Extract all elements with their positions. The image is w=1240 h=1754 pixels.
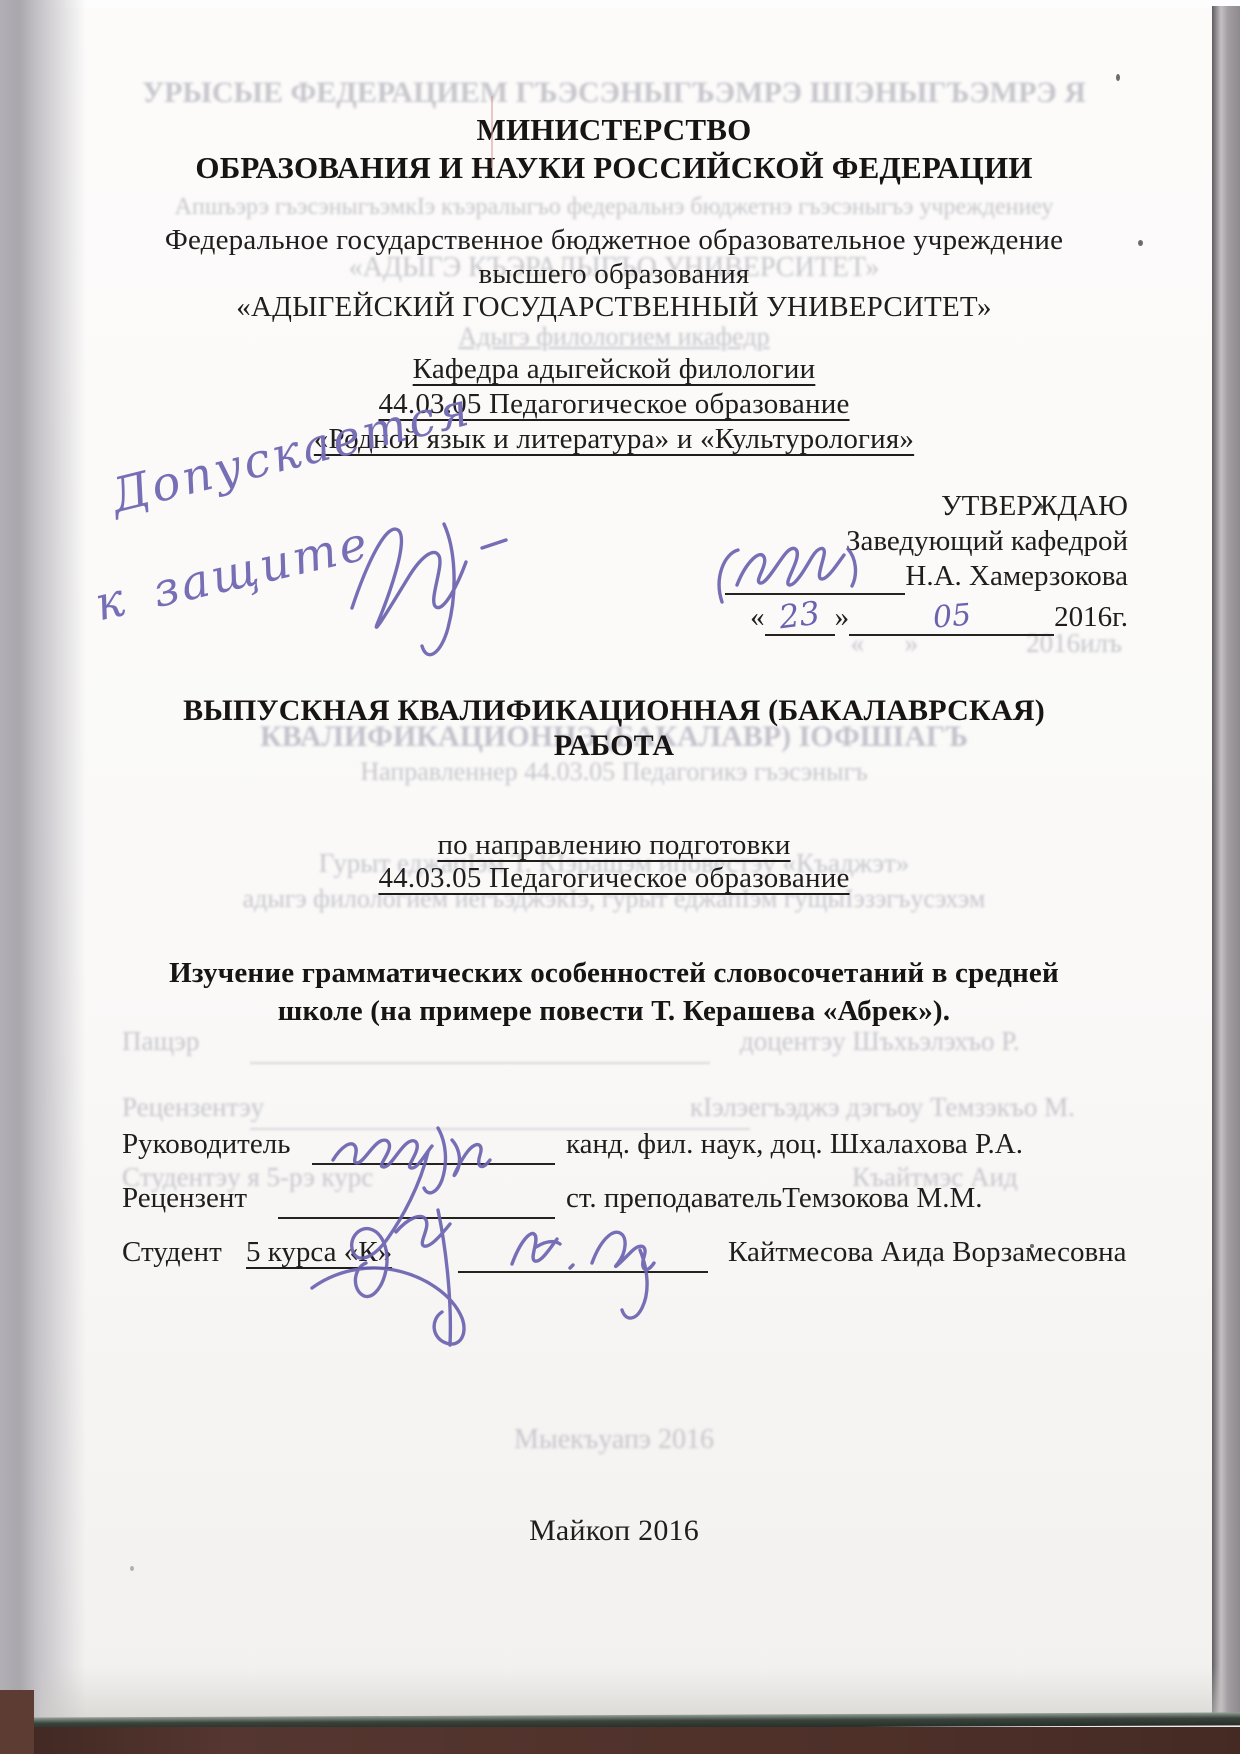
supervisor-role: Руководитель [122,1128,290,1161]
scan-speck-3 [1030,1244,1034,1248]
approval-title: УТВЕРЖДАЮ [941,490,1128,523]
student-group: 5 курса «К» [246,1236,392,1269]
bleedthrough-department: Адыгэ филологием икафедр [0,322,1228,352]
student-name: Кайтмесова Аида Ворзамесовна [728,1236,1127,1269]
bleedthrough-supervisor-name: доцентэу Шъхьэлэхъо Р. [740,1026,1228,1057]
thesis-title-line2: школе (на примере повести Т. Керашева «А… [0,995,1228,1028]
university-name: «АДЫГЕЙСКИЙ ГОСУДАРСТВЕННЫЙ УНИВЕРСИТЕТ» [0,291,1228,324]
scanned-title-page: УРЫСЫЕ ФЕДЕРАЦИЕМ ГЪЭСЭНЫГЪЭМРЭ ШIЭНЫГЪЭ… [0,0,1240,1754]
scan-speck-1 [1116,74,1120,81]
bleedthrough-top-caps: УРЫСЫЕ ФЕДЕРАЦИЕМ ГЪЭСЭНЫГЪЭМРЭ ШIЭНЫГЪЭ… [0,76,1228,110]
scan-bottom-left-corner [0,1690,34,1754]
approval-date-row: «23»052016г. [750,596,1128,636]
institution-line2: высшего образования [0,258,1228,291]
direction-label: по направлению подготовки [0,829,1228,862]
department-name: Кафедра адыгейской филологии [0,353,1228,386]
student-signature-ink [512,1232,654,1318]
approval-month-line: 05 [849,599,1054,636]
supervisor-signature-line [312,1163,555,1165]
approval-year: 2016г. [1054,601,1128,633]
reviewer-role: Рецензент [122,1182,247,1215]
scan-speck-4 [1040,505,1043,509]
approval-day-line: 23 [765,596,835,636]
approval-close-quote: » [835,601,850,633]
scan-top-margin [0,0,1240,8]
institution-line1: Федеральное государственное бюджетное об… [0,224,1228,257]
ministry-line1: МИНИСТЕРСТВО [0,112,1228,148]
reviewer-signature-line [278,1217,555,1219]
admission-note-line2: к защите [90,516,376,633]
student-role: Студент [122,1236,222,1269]
admission-dash-ink [482,540,506,548]
scan-bottom-curl-shadow [40,1666,1220,1718]
approval-position: Заведующий кафедрой [846,525,1128,558]
bleedthrough-institution: Апшъэрэ гъэсэныгъэмкIэ къэралыгъо федера… [0,194,1228,221]
supervisor-credentials: канд. фил. наук, доц. Шхалахова Р.А. [566,1128,1023,1161]
bleedthrough-footer: Мыекъуапэ 2016 [0,1424,1228,1456]
scan-speck-2 [1138,240,1143,246]
approval-open-quote: « [750,601,765,633]
scan-background-strip [0,1727,1240,1754]
work-type-line2: РАБОТА [0,729,1228,763]
approval-name-row: Н.А. Хамерзокова [725,560,1128,595]
approval-month-handwritten: 05 [931,597,972,635]
approval-head-name: Н.А. Хамерзокова [905,560,1128,592]
approval-signature-line [725,560,905,595]
scan-speck-5 [130,1566,134,1571]
scan-book-edge [10,1712,1240,1730]
ministry-line2: ОБРАЗОВАНИЯ И НАУКИ РОССИЙСКОЙ ФЕДЕРАЦИИ [0,150,1228,186]
bleedthrough-line-1 [250,1062,710,1064]
thesis-title-line1: Изучение грамматических особенностей сло… [0,957,1228,990]
student-signature-line [458,1271,708,1273]
program-code: 44.03.05 Педагогическое образование [0,388,1228,421]
approval-day-handwritten: 23 [777,594,822,637]
work-type-line1: ВЫПУСКНАЯ КВАЛИФИКАЦИОННАЯ (БАКАЛАВРСКАЯ… [0,694,1228,728]
reviewer-credentials: ст. преподавательТемзокова М.М. [566,1182,982,1215]
direction-value: 44.03.05 Педагогическое образование [0,862,1228,895]
scan-scratch-artifact [491,96,493,168]
bleedthrough-reviewer-name: кIэлэегъэджэ дэгъоу Темзэкъо М. [690,1092,1228,1123]
footer-city-year: Майкоп 2016 [0,1514,1228,1548]
